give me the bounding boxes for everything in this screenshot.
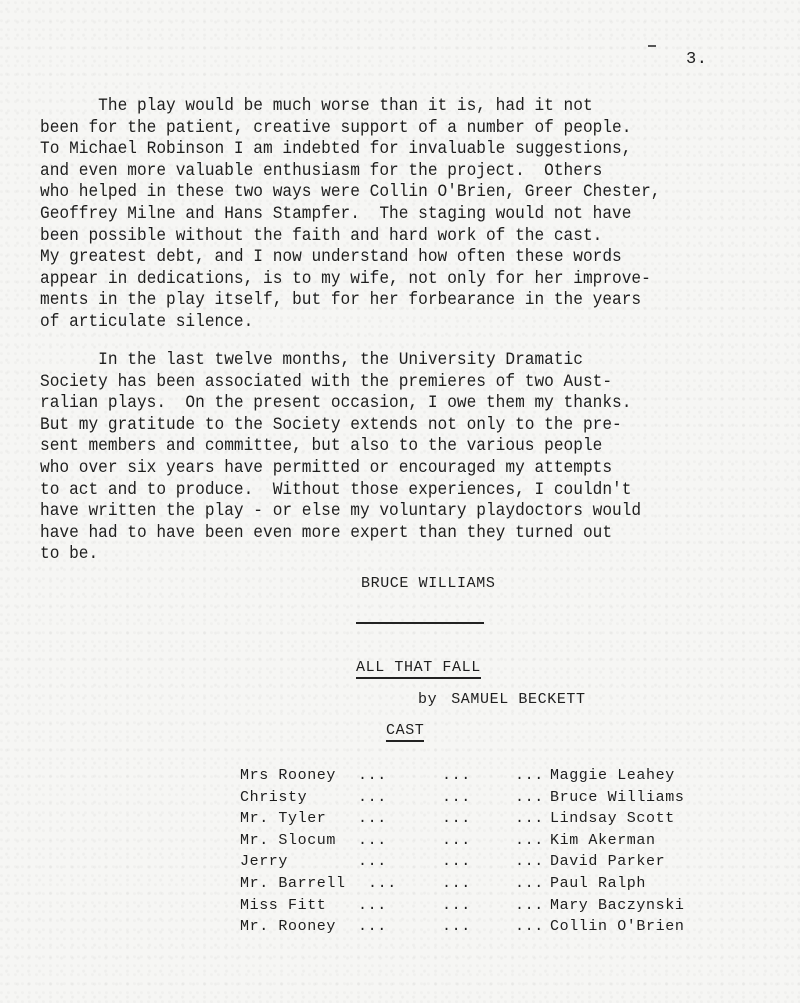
text-line: been possible without the faith and hard… [40, 226, 661, 248]
text-line: to act and to produce. Without those exp… [40, 480, 641, 502]
text-line: ralian plays. On the present occasion, I… [40, 393, 641, 415]
cast-role: Miss Fitt [240, 897, 326, 914]
cast-row: Mr. Tyler.........Lindsay Scott [240, 810, 720, 832]
leader-dots: ... [515, 767, 544, 784]
text-line: have had to have been even more expert t… [40, 523, 641, 545]
cast-role: Mr. Tyler [240, 810, 326, 827]
page-number: 3. [686, 50, 707, 69]
cast-heading: CAST [386, 722, 424, 742]
cast-row: Mrs Rooney.........Maggie Leahey [240, 767, 720, 789]
leader-dots: ... [515, 853, 544, 870]
section-divider [356, 622, 484, 624]
text-line: have written the play - or else my volun… [40, 501, 641, 523]
cast-role: Mr. Barrell [240, 875, 346, 892]
leader-dots: ... [442, 832, 471, 849]
leader-dots: ... [515, 810, 544, 827]
cast-role: Christy [240, 789, 307, 806]
leader-dots: ... [442, 853, 471, 870]
text-line: ments in the play itself, but for her fo… [40, 290, 661, 312]
text-line: The play would be much worse than it is,… [40, 96, 661, 118]
cast-role: Mrs Rooney [240, 767, 336, 784]
byline: bySAMUEL BECKETT [418, 691, 586, 708]
text-line: But my gratitude to the Society extends … [40, 415, 641, 437]
leader-dots: ... [515, 832, 544, 849]
text-line: who helped in these two ways were Collin… [40, 182, 661, 204]
leader-dots: ... [368, 875, 397, 892]
cast-row: Jerry.........David Parker [240, 853, 720, 875]
leader-dots: ... [358, 897, 387, 914]
cast-actor: Lindsay Scott [550, 810, 675, 827]
text-line: been for the patient, creative support o… [40, 118, 661, 140]
leader-dots: ... [358, 810, 387, 827]
leader-dots: ... [358, 853, 387, 870]
text-line: and even more valuable enthusiasm for th… [40, 161, 661, 183]
text-line: of articulate silence. [40, 312, 661, 334]
cast-actor: Maggie Leahey [550, 767, 675, 784]
play-title: ALL THAT FALL [356, 659, 481, 679]
text-line: Geoffrey Milne and Hans Stampfer. The st… [40, 204, 661, 226]
leader-dots: ... [515, 875, 544, 892]
text-line: To Michael Robinson I am indebted for in… [40, 139, 661, 161]
cast-row: Mr. Slocum.........Kim Akerman [240, 832, 720, 854]
cast-row: Christy.........Bruce Williams [240, 789, 720, 811]
text-line: Society has been associated with the pre… [40, 372, 641, 394]
acknowledgement-paragraph-1: The play would be much worse than it is,… [40, 96, 661, 334]
by-label: by [418, 691, 437, 708]
text-line: to be. [40, 544, 641, 566]
leader-dots: ... [515, 789, 544, 806]
leader-dots: ... [442, 875, 471, 892]
cast-row: Miss Fitt.........Mary Baczynski [240, 897, 720, 919]
cast-row: Mr. Rooney.........Collin O'Brien [240, 918, 720, 940]
author-signature: BRUCE WILLIAMS [361, 575, 495, 592]
cast-role: Mr. Slocum [240, 832, 336, 849]
leader-dots: ... [442, 789, 471, 806]
cast-actor: David Parker [550, 853, 665, 870]
leader-dots: ... [358, 918, 387, 935]
cast-role: Mr. Rooney [240, 918, 336, 935]
cast-list: Mrs Rooney.........Maggie LeaheyChristy.… [240, 767, 720, 940]
text-line: My greatest debt, and I now understand h… [40, 247, 661, 269]
leader-dots: ... [358, 789, 387, 806]
cast-actor: Bruce Williams [550, 789, 684, 806]
cast-row: Mr. Barrell.........Paul Ralph [240, 875, 720, 897]
leader-dots: ... [515, 897, 544, 914]
leader-dots: ... [442, 810, 471, 827]
text-line: appear in dedications, is to my wife, no… [40, 269, 661, 291]
play-author: SAMUEL BECKETT [451, 691, 585, 708]
leader-dots: ... [515, 918, 544, 935]
leader-dots: ... [442, 918, 471, 935]
cast-actor: Mary Baczynski [550, 897, 684, 914]
stray-mark [648, 45, 656, 47]
leader-dots: ... [442, 897, 471, 914]
text-line: sent members and committee, but also to … [40, 436, 641, 458]
cast-actor: Kim Akerman [550, 832, 656, 849]
text-line: In the last twelve months, the Universit… [40, 350, 641, 372]
cast-actor: Paul Ralph [550, 875, 646, 892]
text-line: who over six years have permitted or enc… [40, 458, 641, 480]
leader-dots: ... [358, 767, 387, 784]
acknowledgement-paragraph-2: In the last twelve months, the Universit… [40, 350, 641, 566]
cast-actor: Collin O'Brien [550, 918, 684, 935]
leader-dots: ... [358, 832, 387, 849]
cast-role: Jerry [240, 853, 288, 870]
leader-dots: ... [442, 767, 471, 784]
